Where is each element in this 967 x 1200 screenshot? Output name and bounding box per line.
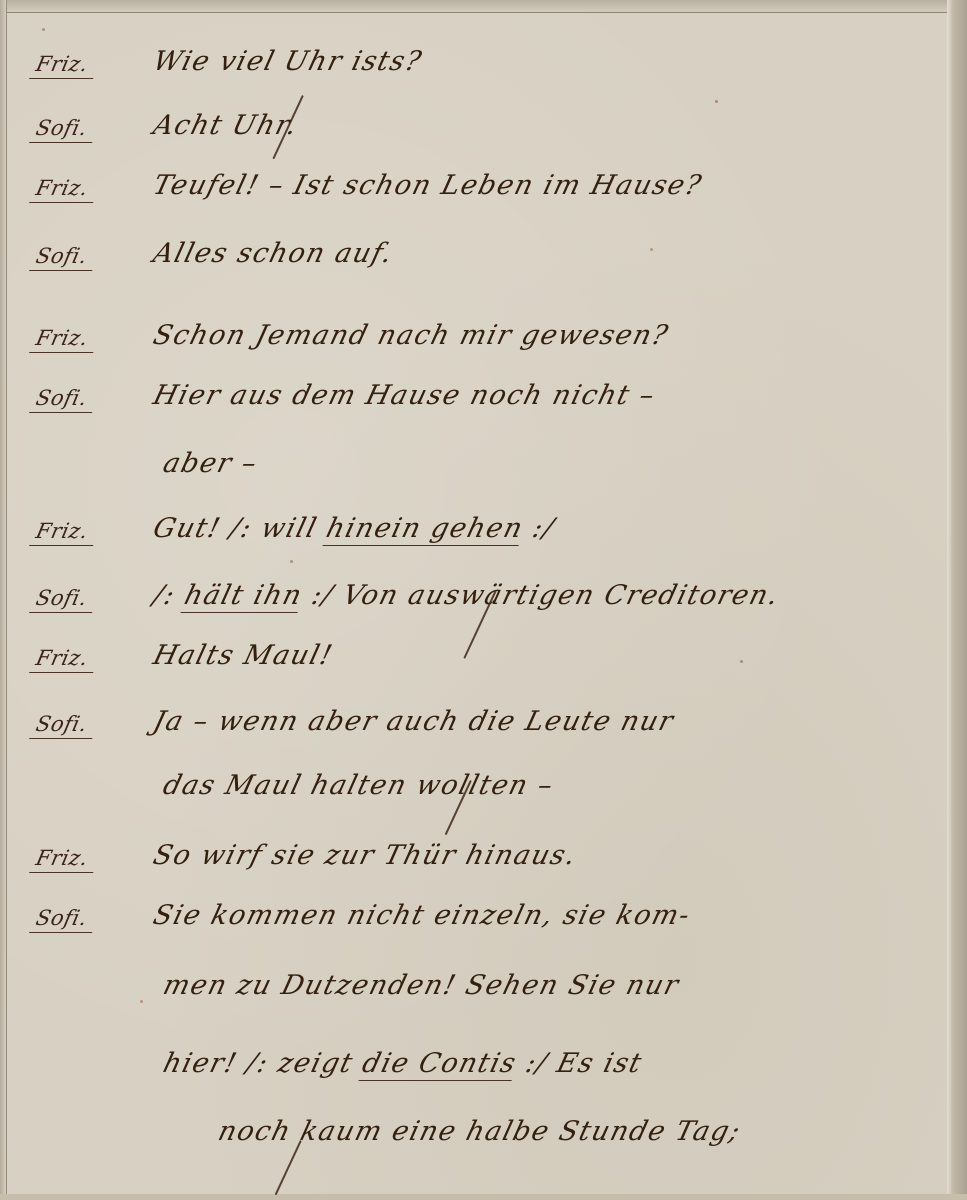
dialogue-line: Sofi. Alles schon auf. [0, 230, 940, 290]
dialogue-line: Sofi. Ja – wenn aber auch die Leute nur [0, 698, 940, 758]
speech-text: noch kaum eine halbe Stunde Tag; [215, 1116, 744, 1147]
dialogue-continuation: men zu Dutzenden! Sehen Sie nur [0, 962, 940, 1022]
speech-text: So wirf sie zur Thür hinaus. [150, 840, 580, 871]
dialogue-continuation: das Maul halten wollten – [0, 762, 940, 822]
page-frame-bottom [0, 1194, 967, 1200]
dialogue-continuation: hier! /: zeigt die Contis :/ Es ist [0, 1040, 940, 1100]
dialogue-continuation: aber – [0, 440, 940, 500]
dialogue-line: Sofi. Sie kommen nicht einzeln, sie kom- [0, 892, 940, 952]
speech-text: Wie viel Uhr ists? [150, 46, 426, 77]
dialogue-line: Friz. Schon Jemand nach mir gewesen? [0, 312, 940, 372]
speaker-label: Sofi. [29, 906, 97, 933]
speaker-label: Friz. [29, 176, 98, 203]
speech-text-part: :/ [519, 513, 558, 544]
speech-text-part: :/ Es ist [512, 1048, 646, 1079]
speech-text-part: :/ Von auswärtigen Creditoren. [298, 580, 782, 611]
speech-text: Sie kommen nicht einzeln, sie kom- [150, 900, 694, 931]
dialogue-line: Friz. So wirf sie zur Thür hinaus. [0, 832, 940, 892]
speech-text: Alles schon auf. [150, 238, 397, 269]
speech-text: Halts Maul! [150, 640, 336, 671]
stage-direction-underlined: hält ihn [181, 580, 306, 613]
speech-text: das Maul halten wollten – [160, 770, 557, 801]
dialogue-continuation: noch kaum eine halbe Stunde Tag; [0, 1108, 940, 1168]
speech-text: Schon Jemand nach mir gewesen? [150, 320, 672, 351]
paper-speck [42, 28, 45, 31]
stage-direction-underlined: hinein gehen [323, 513, 527, 546]
speech-text: aber – [160, 448, 261, 479]
speaker-label: Sofi. [29, 386, 97, 413]
speaker-label: Friz. [29, 846, 98, 873]
speech-text: men zu Dutzenden! Sehen Sie nur [160, 970, 683, 1001]
speaker-label: Friz. [29, 519, 98, 546]
speech-text: Hier aus dem Hause noch nicht – [150, 380, 659, 411]
dialogue-line: Sofi. /: hält ihn :/ Von auswärtigen Cre… [0, 572, 940, 632]
speech-text-part: Gut! /: will [150, 513, 331, 544]
stage-direction-underlined: die Contis [359, 1048, 520, 1081]
dialogue-line: Friz. Teufel! – Ist schon Leben im Hause… [0, 162, 940, 222]
speaker-label: Friz. [29, 646, 98, 673]
speaker-label: Sofi. [29, 586, 97, 613]
speech-text: /: hält ihn :/ Von auswärtigen Creditore… [150, 580, 783, 611]
dialogue-line: Sofi. Hier aus dem Hause noch nicht – [0, 372, 940, 432]
speech-text-part: hier! /: zeigt [160, 1048, 367, 1079]
speech-text: Acht Uhr. [150, 110, 301, 141]
dialogue-line: Friz. Wie viel Uhr ists? [0, 38, 940, 98]
manuscript-page: Friz. Wie viel Uhr ists? Sofi. Acht Uhr.… [0, 0, 967, 1200]
dialogue-line: Friz. Gut! /: will hinein gehen :/ [0, 505, 940, 565]
speaker-label: Sofi. [29, 712, 97, 739]
speech-text: Teufel! – Ist schon Leben im Hause? [150, 170, 705, 201]
speech-text: Ja – wenn aber auch die Leute nur [150, 706, 678, 737]
speaker-label: Friz. [29, 326, 98, 353]
speaker-label: Sofi. [29, 116, 97, 143]
speaker-label: Friz. [29, 52, 98, 79]
dialogue-line: Sofi. Acht Uhr. [0, 102, 940, 162]
speech-text: Gut! /: will hinein gehen :/ [150, 513, 558, 544]
speaker-label: Sofi. [29, 244, 97, 271]
page-frame-top [0, 0, 967, 13]
speech-text: hier! /: zeigt die Contis :/ Es ist [160, 1048, 646, 1079]
page-edge-right [947, 0, 967, 1200]
